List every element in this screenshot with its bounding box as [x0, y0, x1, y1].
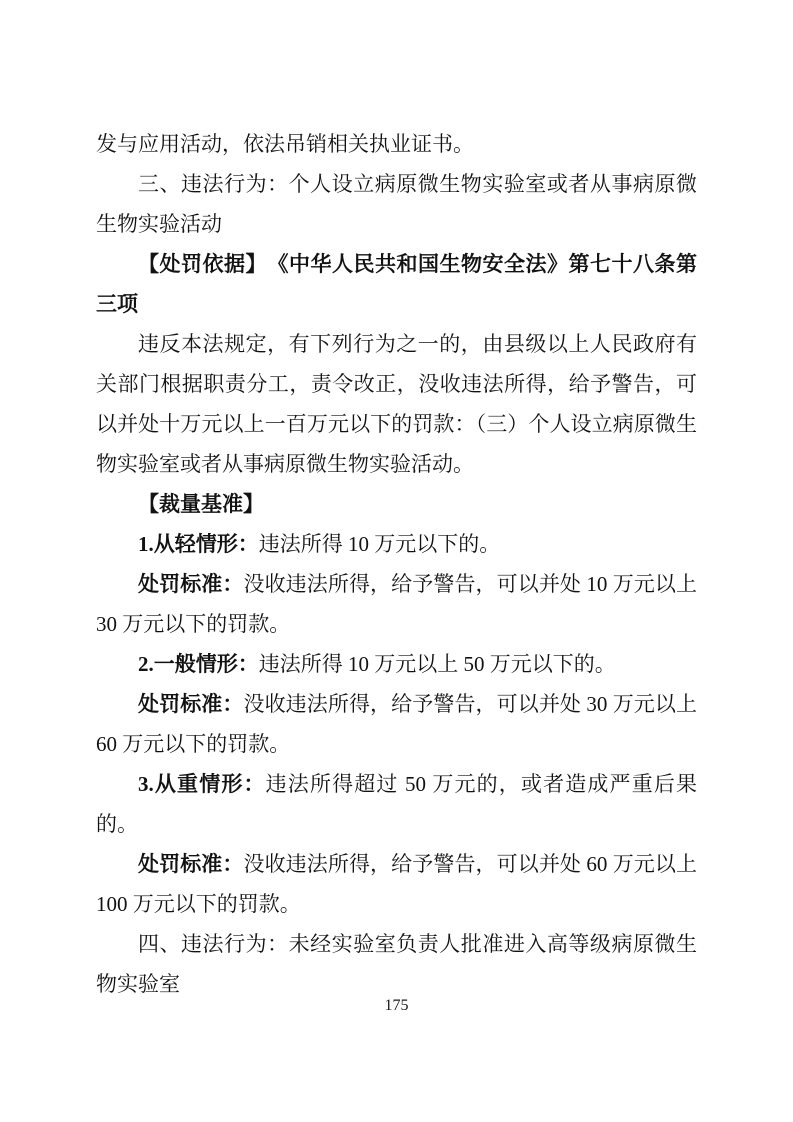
item-text: 违法所得 10 万元以下的。: [259, 532, 501, 556]
item-label: 2.一般情形：: [138, 652, 259, 676]
item-text: 违法所得 10 万元以上 50 万元以下的。: [259, 652, 616, 676]
item-mitigating-penalty-standard: 处罚标准：没收违法所得，给予警告，可以并处 10 万元以上 30 万元以下的罚款…: [96, 564, 697, 644]
heading-penalty-basis: 【处罚依据】 《中华人民共和国生物安全法》第七十八条第三项: [96, 244, 697, 324]
item-aggravating-penalty-standard: 处罚标准：没收违法所得，给予警告，可以并处 60 万元以上 100 万元以下的罚…: [96, 844, 697, 924]
paragraph-violation-three: 三、违法行为：个人设立病原微生物实验室或者从事病原微生物实验活动: [96, 164, 697, 244]
paragraph-violation-four: 四、违法行为：未经实验室负责人批准进入高等级病原微生物实验室: [96, 924, 697, 1004]
heading-discretion-benchmark: 【裁量基准】: [96, 484, 697, 524]
item-mitigating-circumstance: 1.从轻情形：违法所得 10 万元以下的。: [96, 524, 697, 564]
item-label: 处罚标准：: [138, 692, 243, 716]
document-page: 发与应用活动，依法吊销相关执业证书。 三、违法行为：个人设立病原微生物实验室或者…: [0, 0, 793, 1122]
item-general-penalty-standard: 处罚标准：没收违法所得，给予警告，可以并处 30 万元以上 60 万元以下的罚款…: [96, 684, 697, 764]
page-number: 175: [0, 997, 793, 1015]
item-label: 3.从重情形：: [138, 772, 266, 796]
paragraph-legal-provision: 违反本法规定，有下列行为之一的，由县级以上人民政府有关部门根据职责分工，责令改正…: [96, 324, 697, 484]
item-aggravating-circumstance: 3.从重情形：违法所得超过 50 万元的，或者造成严重后果的。: [96, 764, 697, 844]
item-label: 处罚标准：: [138, 572, 243, 596]
item-label: 处罚标准：: [138, 852, 243, 876]
document-body: 发与应用活动，依法吊销相关执业证书。 三、违法行为：个人设立病原微生物实验室或者…: [96, 124, 697, 1004]
item-general-circumstance: 2.一般情形：违法所得 10 万元以上 50 万元以下的。: [96, 644, 697, 684]
paragraph-continuation: 发与应用活动，依法吊销相关执业证书。: [96, 124, 697, 164]
item-label: 1.从轻情形：: [138, 532, 259, 556]
